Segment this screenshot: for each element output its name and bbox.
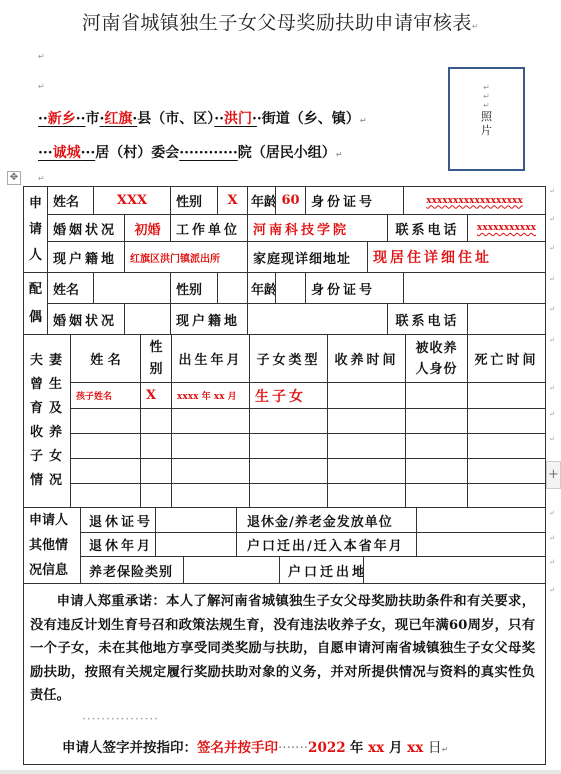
spouse-gender-field[interactable] [217, 272, 248, 304]
address-line-1: ··新乡··市·红旗·县（市、区）··洪门··街道（乡、镇）↵ [38, 108, 366, 128]
yard-label: 院（居民小组） [238, 145, 336, 161]
sign-year[interactable]: 2022 [308, 740, 346, 756]
applicant-age-label: 年龄 [247, 186, 276, 215]
child-adopt-date-field[interactable] [327, 433, 406, 459]
sign-day[interactable]: xx [407, 740, 423, 756]
child-type-field[interactable] [249, 483, 328, 508]
applicant-id-field[interactable]: xxxxxxxxxxxxxxxxxx [403, 186, 546, 215]
insurance-label: 养老保险类别 [80, 556, 184, 584]
retire-cert-field[interactable] [155, 507, 237, 533]
child-type-field[interactable] [249, 458, 328, 484]
address-line-2: ···诚城···居（村）委会············院（居民小组）↵ [38, 142, 342, 162]
hukou-out-field[interactable] [363, 556, 546, 584]
row-end-mark: ↵ [549, 384, 555, 392]
child-gender-field[interactable] [140, 433, 172, 459]
street-field[interactable]: ··洪门· [214, 111, 257, 127]
spouse-name-field[interactable] [93, 272, 171, 304]
pension-unit-label: 退休金/养老金发放单位 [236, 507, 417, 533]
street-label: 街道（乡、镇） [262, 111, 360, 127]
spouse-marital-field[interactable] [124, 303, 171, 335]
applicant-hukou-label: 现户籍地 [47, 241, 125, 273]
spouse-id-label: 身份证号 [305, 272, 404, 304]
photo-label: 片 [450, 124, 523, 138]
table-move-handle[interactable]: ✥ [7, 171, 21, 185]
child-death-field[interactable] [467, 408, 546, 434]
child-death-field[interactable] [467, 382, 546, 409]
children-header-adopt-date: 收养时间 [327, 334, 406, 383]
spouse-age-field[interactable] [275, 272, 306, 304]
photo-label: 照 [450, 110, 523, 124]
child-adopted-id-field[interactable] [405, 433, 468, 459]
row-end-mark: ↵ [549, 275, 555, 283]
row-end-mark: ↵ [549, 336, 555, 344]
child-adopted-id-field[interactable] [405, 382, 468, 409]
paragraph-mark: ↵ [38, 52, 45, 61]
row-end-mark: ↵ [549, 244, 555, 252]
row-end-mark: ↵ [549, 187, 555, 195]
page-title: 河南省城镇独生子女父母奖励扶助申请审核表↵ [0, 8, 561, 35]
paragraph-mark: ↵ [38, 174, 45, 183]
spouse-hukou-label: 现户籍地 [170, 303, 248, 335]
photo-box[interactable]: ↵↵↵ 照 片 [448, 67, 525, 171]
month-label: 月 [389, 740, 403, 756]
child-gender-field[interactable] [140, 483, 172, 508]
applicant-gender-label: 性别 [170, 186, 218, 215]
child-name-field[interactable]: 孩子姓名 [70, 382, 141, 409]
spouse-id-field[interactable] [403, 272, 546, 304]
county-label: 县（市、区） [137, 111, 214, 127]
applicant-name-field[interactable]: XXX [93, 186, 171, 215]
applicant-phone-field[interactable]: xxxxxxxxxxx [467, 214, 546, 242]
paragraph-mark: ↵ [360, 116, 367, 125]
row-end-mark: ↵ [549, 215, 555, 223]
child-gender-field[interactable] [140, 408, 172, 434]
add-column-button[interactable]: + [546, 461, 561, 489]
children-header-birth: 出生年月 [171, 334, 250, 383]
paragraph-mark: ↵ [441, 745, 448, 754]
hukou-move-field[interactable] [416, 532, 546, 557]
hukou-move-label: 户口迁出/迁入本省年月 [236, 532, 417, 557]
child-adopt-date-field[interactable] [327, 458, 406, 484]
row-end-mark: ↵ [549, 586, 555, 594]
retire-date-field[interactable] [155, 532, 237, 557]
applicant-phone-label: 联系电话 [387, 214, 468, 242]
pension-unit-field[interactable] [416, 507, 546, 533]
child-adopt-date-field[interactable] [327, 483, 406, 508]
pledge-section: 申请人郑重承诺：本人了解河南省城镇独生子女父母奖励扶助条件和有关要求，没有违反计… [23, 583, 546, 765]
spouse-hukou-field[interactable] [247, 303, 388, 335]
community-label: 居（村）委会 [95, 145, 179, 161]
child-adopted-id-field[interactable] [405, 483, 468, 508]
paragraph-mark: ↵ [336, 150, 343, 159]
child-birth-field[interactable]: xxxx 年 xx 月 [171, 382, 250, 409]
child-adopted-id-field[interactable] [405, 408, 468, 434]
applicant-age-field[interactable]: 60 [275, 186, 306, 215]
applicant-hukou-field[interactable]: 红旗区洪门镇派出所 [124, 241, 248, 273]
children-header-gender: 性别 [140, 334, 172, 383]
applicant-employer-field[interactable]: 河南科技学院 [247, 214, 388, 242]
child-birth-field[interactable] [171, 458, 250, 484]
row-end-mark: ↵ [549, 558, 555, 566]
children-header-death: 死亡时间 [467, 334, 546, 383]
applicant-name-label: 姓名 [47, 186, 94, 215]
applicant-employer-label: 工作单位 [170, 214, 248, 242]
child-type-field[interactable] [249, 408, 328, 434]
city-field[interactable]: ··新乡·· [38, 111, 86, 127]
applicant-gender-field[interactable]: X [217, 186, 248, 215]
insurance-field[interactable] [183, 556, 280, 584]
hukou-out-label: 户口迁出地 [279, 556, 364, 584]
child-adopt-date-field[interactable] [327, 382, 406, 409]
applicant-marital-label: 婚姻状况 [47, 214, 125, 242]
child-name-field[interactable] [70, 483, 141, 508]
row-end-mark: ↵ [549, 435, 555, 443]
row-end-mark: ↵ [549, 410, 555, 418]
applicant-address-field[interactable]: 现居住详细住址 [367, 241, 546, 273]
children-header-name: 姓 名 [70, 334, 141, 383]
applicant-id-label: 身份证号 [305, 186, 404, 215]
child-name-field[interactable] [70, 433, 141, 459]
title-text: 河南省城镇独生子女父母奖励扶助申请审核表 [82, 12, 472, 34]
child-type-field[interactable]: 生子女 [249, 382, 328, 409]
child-name-field[interactable] [70, 408, 141, 434]
retire-cert-label: 退休证号 [80, 507, 156, 533]
pledge-dots: ················ [82, 712, 159, 726]
children-header-adopted-id: 被收养人身份 [405, 334, 468, 383]
spouse-age-label: 年龄 [247, 272, 276, 304]
child-birth-field[interactable] [171, 408, 250, 434]
child-birth-field[interactable] [171, 433, 250, 459]
signature-line: 申请人签字并按指印：签名并按手印·······2022 年 xx 月 xx 日↵ [62, 736, 448, 756]
spouse-marital-label: 婚姻状况 [47, 303, 125, 335]
child-type-field[interactable] [249, 433, 328, 459]
yard-field[interactable]: ············ [179, 145, 238, 161]
row-end-mark: ↵ [549, 305, 555, 313]
row-end-mark: ↵ [549, 534, 555, 542]
county-field[interactable]: ·红旗· [100, 111, 138, 127]
signature-dots: ······· [278, 740, 308, 756]
applicant-marital-field[interactable]: 初婚 [124, 214, 171, 242]
signature-field[interactable]: 签名并按手印 [197, 740, 278, 756]
page-bottom-edge [0, 770, 561, 774]
sign-month[interactable]: xx [368, 740, 384, 756]
spouse-phone-field[interactable] [467, 303, 546, 335]
other-info-section-label: 申请人其他情况信息 [23, 507, 81, 584]
paragraph-mark: ↵ [472, 22, 479, 31]
paragraph-mark: ↵ [38, 82, 45, 91]
child-name-field[interactable] [70, 458, 141, 484]
child-adopt-date-field[interactable] [327, 408, 406, 434]
spouse-section-label: 配偶 [23, 272, 48, 335]
child-death-field[interactable] [467, 433, 546, 459]
children-section-label: 夫曾育收子情 妻生及养女况 [23, 334, 71, 508]
retire-date-label: 退休年月 [80, 532, 156, 557]
child-death-field[interactable] [467, 483, 546, 508]
applicant-address-label: 家庭现详细地址 [247, 241, 368, 273]
year-label: 年 [350, 740, 364, 756]
children-header-type: 子女类型 [249, 334, 328, 383]
child-death-field[interactable] [467, 458, 546, 484]
city-label: 市 [86, 111, 100, 127]
row-end-mark: ↵ [549, 509, 555, 517]
child-adopted-id-field[interactable] [405, 458, 468, 484]
spouse-name-label: 姓名 [47, 272, 94, 304]
spouse-gender-label: 性别 [170, 272, 218, 304]
signature-label: 申请人签字并按指印： [62, 740, 197, 756]
spouse-phone-label: 联系电话 [387, 303, 468, 335]
child-birth-field[interactable] [171, 483, 250, 508]
child-gender-field[interactable] [140, 458, 172, 484]
pledge-text: 申请人郑重承诺：本人了解河南省城镇独生子女父母奖励扶助条件和有关要求，没有违反计… [30, 590, 535, 708]
child-gender-field[interactable]: X [140, 382, 172, 409]
day-label: 日 [428, 740, 442, 756]
applicant-section-label: 申请人 [23, 186, 48, 273]
community-field[interactable]: ···诚城··· [38, 145, 95, 161]
